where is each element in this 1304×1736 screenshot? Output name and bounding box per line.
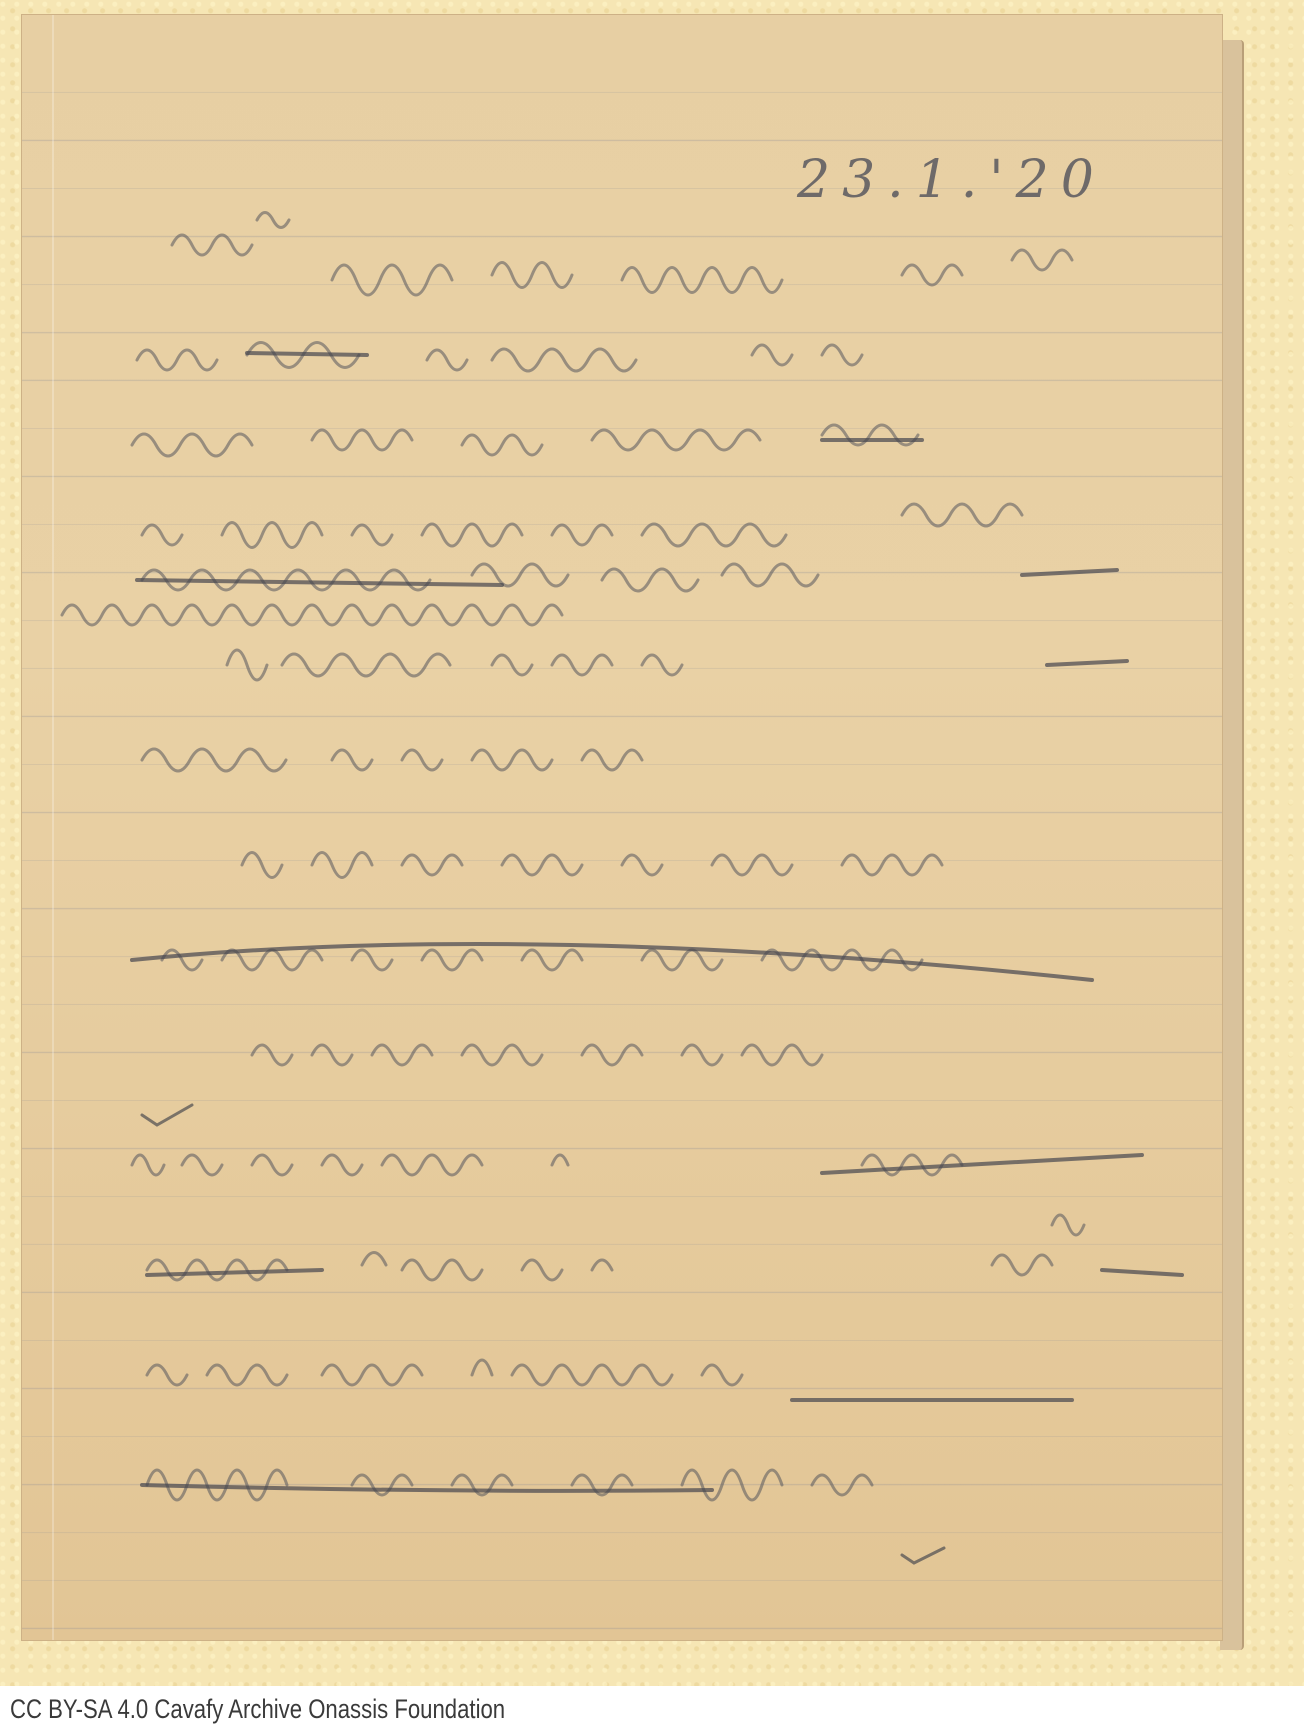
- archive-credit: CC BY-SA 4.0 Cavafy Archive Onassis Foun…: [10, 1694, 505, 1725]
- scan-background: 23.1.'20: [0, 0, 1304, 1686]
- back-sheet-edge: [1220, 40, 1244, 1650]
- handwriting-strokes: [22, 15, 1222, 1640]
- manuscript-page: 23.1.'20: [22, 15, 1222, 1640]
